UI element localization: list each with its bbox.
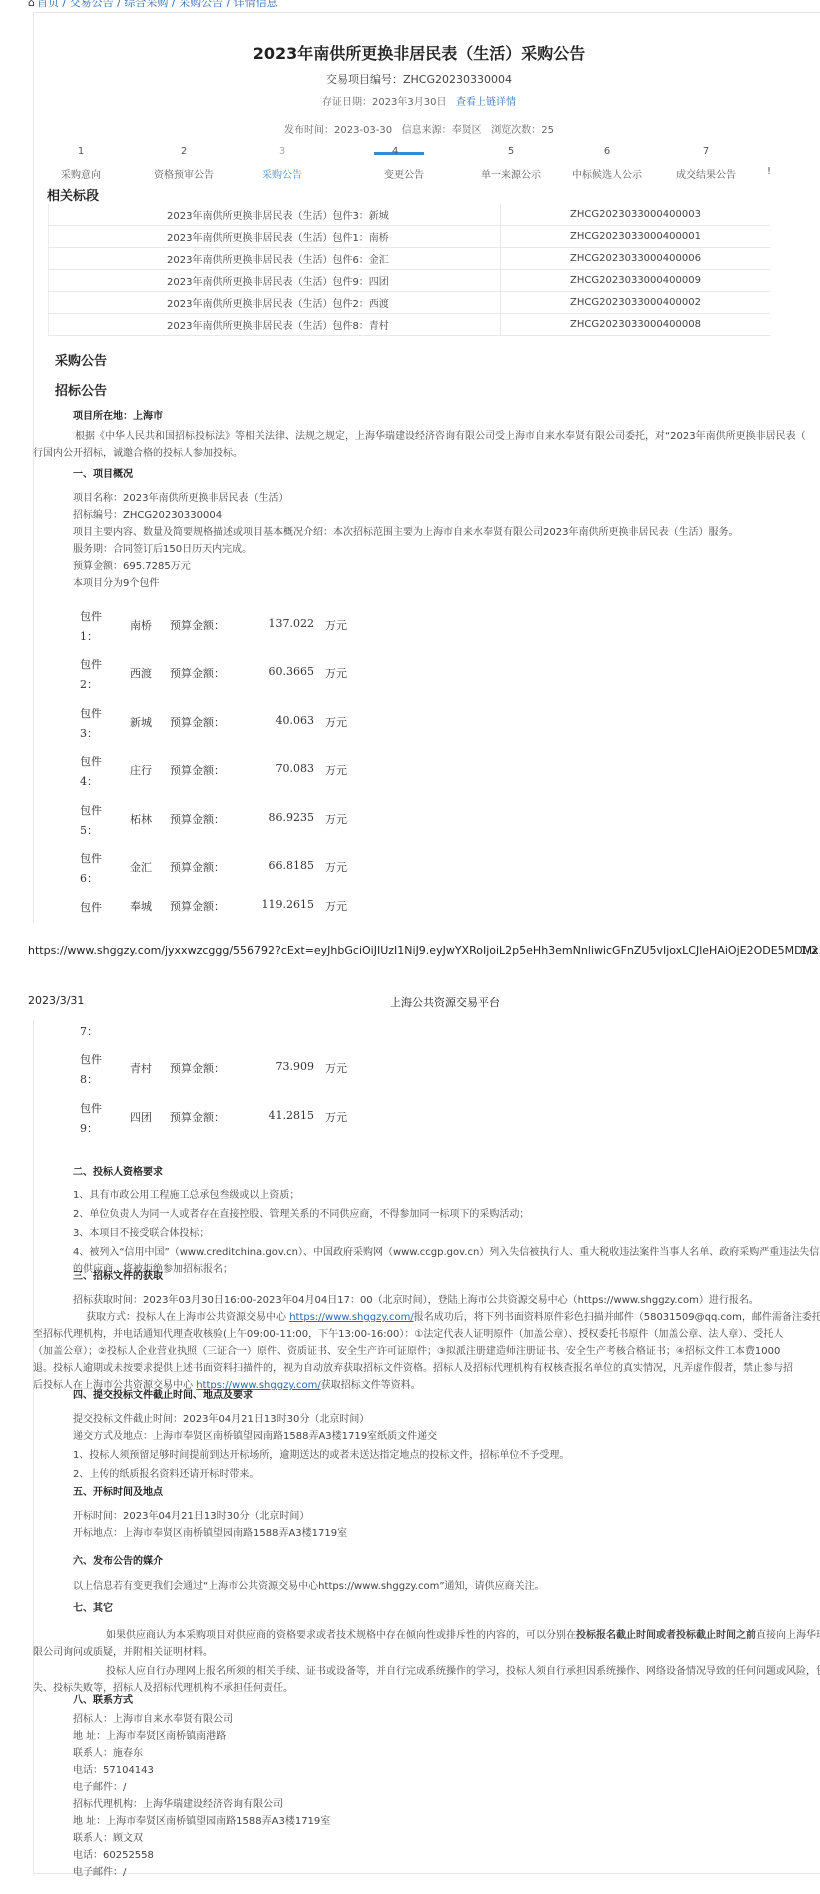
lot-name[interactable]: 2023年南供所更换非居民表（生活）包件6：金汇 xyxy=(49,248,501,270)
lot-name[interactable]: 2023年南供所更换非居民表（生活）包件2：西渡 xyxy=(49,292,501,314)
budget-label: 预算金额： xyxy=(170,811,225,827)
section-1-lines: 项目名称：2023年南供所更换非居民表（生活）招标编号：ZHCG20230330… xyxy=(73,490,738,592)
breadcrumb-text[interactable]: 首页 / 交易公告 / 综合采购 / 采购公告 / 详情信息 xyxy=(37,0,278,9)
amount-unit: 万元 xyxy=(325,811,347,827)
s7-p2-cont: 失、投标失败等，招标人及招标代理机构不承担任何责任。 xyxy=(33,1680,820,1697)
step-num: 4 xyxy=(364,146,444,162)
amount-unit: 万元 xyxy=(325,762,347,778)
package-amount: 137.022 xyxy=(230,617,314,630)
package-amount: 66.8185 xyxy=(230,859,314,872)
publish-time-label: 发布时间： xyxy=(284,125,334,136)
budget-label: 预算金额： xyxy=(170,617,225,633)
package-name: 包件3： xyxy=(80,704,110,744)
procurement-heading: 采购公告 xyxy=(55,350,107,369)
lot-code: ZHCG2023033000400006 xyxy=(501,248,771,270)
s3-time: 招标获取时间：2023年03月30日16:00-2023年04月04日17：00… xyxy=(33,1292,820,1309)
package-name: 包件6： xyxy=(80,849,110,889)
table-row[interactable]: 2023年南供所更换非居民表（生活）包件3：新城ZHCG202303300040… xyxy=(49,204,771,226)
section-3-title: 三、招标文件的获取 xyxy=(73,1268,163,1285)
text-line: 递交方式及地点：上海市奉贤区南桥镇望园南路1588弄A3楼1719室纸质文件递交 xyxy=(73,1428,569,1445)
deposit-date: 存证日期：2023年3月30日 查看上链详情 xyxy=(34,93,804,108)
lot-name[interactable]: 2023年南供所更换非居民表（生活）包件3：新城 xyxy=(49,204,501,226)
intro-line-1: 根据《中华人民共和国招标投标法》等相关法律、法规之规定，上海华瑞建设经济咨询有限… xyxy=(33,428,820,445)
package-area: 柘林 xyxy=(130,811,152,827)
section-3-body: 招标获取时间：2023年03月30日16:00-2023年04月04日17：00… xyxy=(33,1292,820,1394)
amount-unit: 万元 xyxy=(325,859,347,875)
step-label: 采购意向 xyxy=(36,166,126,181)
package-amount: 70.083 xyxy=(230,762,314,775)
lot-code: ZHCG2023033000400009 xyxy=(501,270,771,292)
package-name: 包件1： xyxy=(80,607,110,647)
section-4-title: 四、提交投标文件截止时间、地点及要求 xyxy=(73,1387,253,1404)
step-num: 7 xyxy=(661,146,751,162)
notice-card: 2023年南供所更换非居民表（生活）采购公告 交易项目编号：ZHCG202303… xyxy=(33,12,820,923)
text-line: 联系人：施春东 xyxy=(73,1745,330,1762)
lot-name[interactable]: 2023年南供所更换非居民表（生活）包件8：青村 xyxy=(49,314,501,336)
text-line: 提交投标文件截止时间：2023年04月21日13时30分（北京时间） xyxy=(73,1411,569,1428)
text-line: 电话：57104143 xyxy=(73,1762,330,1779)
amount-unit: 万元 xyxy=(325,714,347,730)
section-7-body: 如果供应商认为本采购项目对供应商的资格要求或者技术规格中存在倾向性或排斥性的内容… xyxy=(33,1627,820,1697)
meta-info: 发布时间：2023-03-30 信息来源：奉贤区 浏览次数：25 xyxy=(34,121,804,136)
print-page-number: 1/2 xyxy=(800,944,818,957)
source: 奉贤区 xyxy=(452,125,482,136)
step-label: 成交结果公告 xyxy=(661,166,751,181)
chain-detail-link[interactable]: 查看上链详情 xyxy=(456,97,516,108)
deposit-date-label: 存证日期： xyxy=(322,97,372,108)
section-4-lines: 提交投标文件截止时间：2023年04月21日13时30分（北京时间）递交方式及地… xyxy=(73,1411,569,1483)
section-6-title: 六、发布公告的媒介 xyxy=(73,1553,163,1570)
s3-line: 退。投标人逾期或未按要求提供上述书面资料扫描件的，视为自动放弃获取招标文件资格。… xyxy=(33,1360,820,1377)
process-steps: 1采购意向 2资格预审公告 3采购公告 4变更公告 5单一来源公示 6中标候选人… xyxy=(34,146,820,186)
related-lots-table: 2023年南供所更换非居民表（生活）包件3：新城ZHCG202303300040… xyxy=(48,204,770,336)
intro-paragraph: 根据《中华人民共和国招标投标法》等相关法律、法规之规定，上海华瑞建设经济咨询有限… xyxy=(33,428,820,462)
section-1-title: 一、项目概况 xyxy=(73,466,133,483)
views-label: 浏览次数： xyxy=(491,125,541,136)
package-name: 包件 xyxy=(80,898,110,918)
s7-p1-text: 如果供应商认为本采购项目对供应商的资格要求或者技术规格中存在倾向性或排斥性的内容… xyxy=(106,1630,576,1641)
text-line: 电话：60252558 xyxy=(73,1847,330,1864)
project-code-label: 交易项目编号： xyxy=(326,73,403,86)
home-icon: ⌂ xyxy=(28,0,35,9)
step-label: 中标候选人公示 xyxy=(562,166,652,181)
shggzy-link[interactable]: https://www.shggzy.com/ xyxy=(289,1312,414,1323)
text-line: 预算金额：695.7285万元 xyxy=(73,558,738,575)
step-label: 资格预审公告 xyxy=(139,166,229,181)
section-7-title: 七、其它 xyxy=(73,1600,113,1617)
s7-p1-text-2: 直接向上海华瑞 xyxy=(756,1630,820,1641)
text-line: 招标人：上海市自来水奉贤有限公司 xyxy=(73,1711,330,1728)
text-line: 4、被列入“信用中国”（www.creditchina.gov.cn）、中国政府… xyxy=(73,1244,819,1261)
project-code: 交易项目编号：ZHCG20230330004 xyxy=(34,71,804,87)
section-2-title: 二、投标人资格要求 xyxy=(73,1164,163,1181)
package-amount: 40.063 xyxy=(230,714,314,727)
text-line: 2、单位负责人为同一人或者存在直接控股、管理关系的不同供应商，不得参加同一标项下… xyxy=(73,1206,819,1223)
package-area: 南桥 xyxy=(130,617,152,633)
step-num: 1 xyxy=(36,146,126,162)
project-location: 项目所在地：上海市 xyxy=(73,408,163,425)
step-num: 5 xyxy=(466,146,556,162)
text-line: 1、具有市政公用工程施工总承包叁级或以上资质； xyxy=(73,1187,819,1204)
text-line: 地 址：上海市奉贤区南桥镇南港路 xyxy=(73,1728,330,1745)
package-name: 包件2： xyxy=(80,655,110,695)
print-url: https://www.shggzy.com/jyxxwzcggg/556792… xyxy=(28,944,820,957)
source-label: 信息来源： xyxy=(402,125,452,136)
amount-unit: 万元 xyxy=(325,665,347,681)
s7-p1-cont: 限公司询问或质疑，并附相关证明材料。 xyxy=(33,1644,820,1661)
text-line: 电子邮件：/ xyxy=(73,1779,330,1796)
budget-label: 预算金额： xyxy=(170,665,225,681)
package-amount: 119.2615 xyxy=(230,898,314,911)
step-5[interactable]: 5单一来源公示 xyxy=(466,146,556,181)
package-area: 庄行 xyxy=(130,762,152,778)
step-num: 3 xyxy=(257,146,307,162)
table-row[interactable]: 2023年南供所更换非居民表（生活）包件1：南桥ZHCG202303300040… xyxy=(49,226,771,248)
s7-p2: 投标人应自行办理网上报名所须的相关手续、证书或设备等，并自行完成系统操作的学习，… xyxy=(33,1663,820,1680)
text-line: 1、投标人须预留足够时间提前到达开标场所，逾期送达的或者未送达指定地点的投标文件… xyxy=(73,1447,569,1464)
step-num: 2 xyxy=(139,146,229,162)
text-line: 电子邮件：/ xyxy=(73,1864,330,1881)
step-4[interactable]: 4变更公告 xyxy=(364,146,444,181)
step-label: ! xyxy=(759,166,779,177)
print-site-name: 上海公共资源交易平台 xyxy=(390,994,500,1010)
amount-unit: 万元 xyxy=(325,898,347,914)
s3-line: 至招标代理机构，并电话通知代理查收核验(上午09:00-11:00，下午13:0… xyxy=(33,1326,820,1343)
page-title: 2023年南供所更换非居民表（生活）采购公告 xyxy=(34,41,804,64)
table-row[interactable]: 2023年南供所更换非居民表（生活）包件6：金汇ZHCG202303300040… xyxy=(49,248,771,270)
lot-code: ZHCG2023033000400002 xyxy=(501,292,771,314)
views-count: 25 xyxy=(541,125,554,136)
table-row[interactable]: 2023年南供所更换非居民表（生活）包件8：青村ZHCG202303300040… xyxy=(49,314,771,336)
text-line: 招标代理机构：上海华瑞建设经济咨询有限公司 xyxy=(73,1796,330,1813)
package-area: 奉城 xyxy=(130,898,152,914)
text-line: 联系人：顾文双 xyxy=(73,1830,330,1847)
text-line: 3、本项目不接受联合体投标； xyxy=(73,1225,819,1242)
table-row[interactable]: 2023年南供所更换非居民表（生活）包件9：四团ZHCG202303300040… xyxy=(49,270,771,292)
intro-line-2: 行国内公开招标，诚邀合格的投标人参加投标。 xyxy=(33,445,820,462)
step-6[interactable]: 6中标候选人公示 xyxy=(562,146,652,181)
package-area: 金汇 xyxy=(130,859,152,875)
print-date: 2023/3/31 xyxy=(28,994,84,1007)
budget-label: 预算金额： xyxy=(170,898,225,914)
package-name: 包件4： xyxy=(80,752,110,792)
s3-last-text-2: 获取招标文件等资料。 xyxy=(321,1380,421,1391)
budget-label: 预算金额： xyxy=(170,859,225,875)
package-amount: 86.9235 xyxy=(230,811,314,824)
package-area: 西渡 xyxy=(130,665,152,681)
text-line: 本项目分为9个包件 xyxy=(73,575,738,592)
text-line: 开标地点：上海市奉贤区南桥镇望园南路1588弄A3楼1719室 xyxy=(73,1525,347,1542)
s3-method: 获取方式：投标人在上海市公共资源交易中心 https://www.shggzy.… xyxy=(33,1309,820,1326)
step-2[interactable]: 2资格预审公告 xyxy=(139,146,229,181)
step-label: 采购公告 xyxy=(257,166,307,181)
section-6-text: 以上信息若有变更我们会通过“上海市公共资源交易中心https://www.shg… xyxy=(73,1578,545,1595)
text-line: 项目主要内容、数量及简要规格描述或项目基本概况介绍：本次招标范围主要为上海市自来… xyxy=(73,524,738,541)
step-1[interactable]: 1采购意向 xyxy=(36,146,126,181)
step-label: 变更公告 xyxy=(364,166,444,181)
package-name: 包件5： xyxy=(80,801,110,841)
package-amount: 60.3665 xyxy=(230,665,314,678)
breadcrumb[interactable]: ⌂首页 / 交易公告 / 综合采购 / 采购公告 / 详情信息 xyxy=(28,0,278,10)
s7-p1: 如果供应商认为本采购项目对供应商的资格要求或者技术规格中存在倾向性或排斥性的内容… xyxy=(33,1627,820,1644)
section-5-lines: 开标时间：2023年04月21日13时30分（北京时间）开标地点：上海市奉贤区南… xyxy=(73,1508,347,1542)
tender-heading: 招标公告 xyxy=(55,380,107,399)
text-line: 服务期：合同签订后150日历天内完成。 xyxy=(73,541,738,558)
step-label: 单一来源公示 xyxy=(466,166,556,181)
s3-line: （加盖公章）；②投标人企业营业执照（三证合一）原件、资质证书、安全生产许可证原件… xyxy=(33,1343,820,1360)
text-line: 项目名称：2023年南供所更换非居民表（生活） xyxy=(73,490,738,507)
table-row[interactable]: 2023年南供所更换非居民表（生活）包件2：西渡ZHCG202303300040… xyxy=(49,292,771,314)
s3-method-text-2: 报名成功后，将下列书面资料原件彩色扫描并邮件（58031509@qq.com，邮… xyxy=(414,1312,820,1323)
amount-unit: 万元 xyxy=(325,617,347,633)
text-line: 2、上传的纸质报名资料还请开标时带来。 xyxy=(73,1466,569,1483)
text-line: 招标编号：ZHCG20230330004 xyxy=(73,507,738,524)
contact-lines: 招标人：上海市自来水奉贤有限公司地 址：上海市奉贤区南桥镇南港路联系人：施春东电… xyxy=(73,1697,330,1881)
budget-label: 预算金额： xyxy=(170,762,225,778)
lot-code: ZHCG2023033000400008 xyxy=(501,314,771,336)
section-5-title: 五、开标时间及地点 xyxy=(73,1484,163,1501)
publish-time: 2023-03-30 xyxy=(334,125,392,136)
deposit-date-value: 2023年3月30日 xyxy=(372,97,447,108)
text-line: 的供应商，将被拒绝参加招标报名； xyxy=(73,1261,819,1278)
step-num xyxy=(759,146,779,162)
lot-name[interactable]: 2023年南供所更换非居民表（生活）包件1：南桥 xyxy=(49,226,501,248)
section-2-lines: 1、具有市政公用工程施工总承包叁级或以上资质；2、单位负责人为同一人或者存在直接… xyxy=(73,1187,819,1278)
budget-label: 预算金额： xyxy=(170,714,225,730)
step-8[interactable]: ! xyxy=(759,146,779,177)
lot-code: ZHCG2023033000400001 xyxy=(501,226,771,248)
project-code-value: ZHCG20230330004 xyxy=(403,73,512,86)
s7-p1-bold: 投标报名截止时间或者投标截止时间之前 xyxy=(576,1630,756,1641)
text-line: 开标时间：2023年04月21日13时30分（北京时间） xyxy=(73,1508,347,1525)
lot-name[interactable]: 2023年南供所更换非居民表（生活）包件9：四团 xyxy=(49,270,501,292)
step-num: 6 xyxy=(562,146,652,162)
related-lots-heading: 相关标段 xyxy=(47,185,99,204)
text-line: 地 址：上海市奉贤区南桥镇望园南路1588弄A3楼1719室 xyxy=(73,1813,330,1830)
s3-method-text: 获取方式：投标人在上海市公共资源交易中心 xyxy=(86,1312,289,1323)
step-3[interactable]: 3采购公告 xyxy=(257,146,307,181)
step-7[interactable]: 7成交结果公告 xyxy=(661,146,751,181)
package-area: 新城 xyxy=(130,714,152,730)
lot-code: ZHCG2023033000400003 xyxy=(501,204,771,226)
